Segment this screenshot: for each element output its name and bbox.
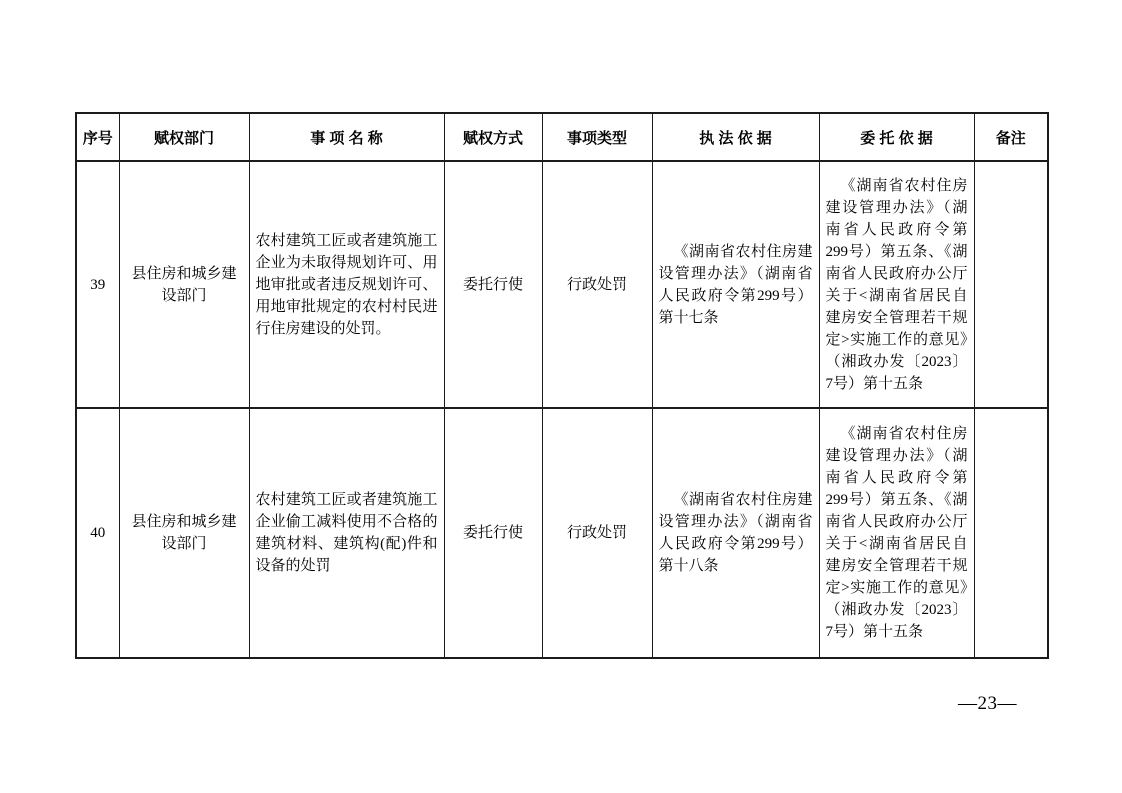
- cell-remark: [974, 161, 1048, 408]
- cell-entrust-basis: 《湖南省农村住房建设管理办法》（湖南省人民政府令第299号）第五条、《湖南省人民…: [819, 161, 974, 408]
- header-method: 赋权方式: [444, 113, 542, 161]
- header-department: 赋权部门: [119, 113, 249, 161]
- authorization-matters-table: 序号 赋权部门 事 项 名 称 赋权方式 事项类型 执 法 依 据 委 托 依 …: [75, 112, 1049, 659]
- cell-legal-basis: 《湖南省农村住房建设管理办法》（湖南省人民政府令第299号）第十八条: [652, 408, 819, 658]
- header-entrust-basis: 委 托 依 据: [819, 113, 974, 161]
- cell-remark: [974, 408, 1048, 658]
- header-remark: 备注: [974, 113, 1048, 161]
- cell-department: 县住房和城乡建设部门: [119, 161, 249, 408]
- header-seq: 序号: [76, 113, 119, 161]
- cell-type: 行政处罚: [542, 161, 652, 408]
- table-header-row: 序号 赋权部门 事 项 名 称 赋权方式 事项类型 执 法 依 据 委 托 依 …: [76, 113, 1048, 161]
- cell-seq: 40: [76, 408, 119, 658]
- header-type: 事项类型: [542, 113, 652, 161]
- document-page: 序号 赋权部门 事 项 名 称 赋权方式 事项类型 执 法 依 据 委 托 依 …: [0, 0, 1122, 793]
- cell-seq: 39: [76, 161, 119, 408]
- cell-legal-basis: 《湖南省农村住房建设管理办法》（湖南省人民政府令第299号）第十七条: [652, 161, 819, 408]
- header-legal-basis: 执 法 依 据: [652, 113, 819, 161]
- cell-entrust-basis: 《湖南省农村住房建设管理办法》（湖南省人民政府令第299号）第五条、《湖南省人民…: [819, 408, 974, 658]
- table-row-39: 39 县住房和城乡建设部门 农村建筑工匠或者建筑施工企业为未取得规划许可、用地审…: [76, 161, 1048, 408]
- page-number: —23—: [958, 693, 1017, 715]
- cell-item-name: 农村建筑工匠或者建筑施工企业为未取得规划许可、用地审批或者违反规划许可、用地审批…: [249, 161, 444, 408]
- cell-department: 县住房和城乡建设部门: [119, 408, 249, 658]
- header-item-name: 事 项 名 称: [249, 113, 444, 161]
- cell-type: 行政处罚: [542, 408, 652, 658]
- table-row-40: 40 县住房和城乡建设部门 农村建筑工匠或者建筑施工企业偷工减料使用不合格的建筑…: [76, 408, 1048, 658]
- cell-item-name: 农村建筑工匠或者建筑施工企业偷工减料使用不合格的建筑材料、建筑构(配)件和设备的…: [249, 408, 444, 658]
- cell-method: 委托行使: [444, 161, 542, 408]
- cell-method: 委托行使: [444, 408, 542, 658]
